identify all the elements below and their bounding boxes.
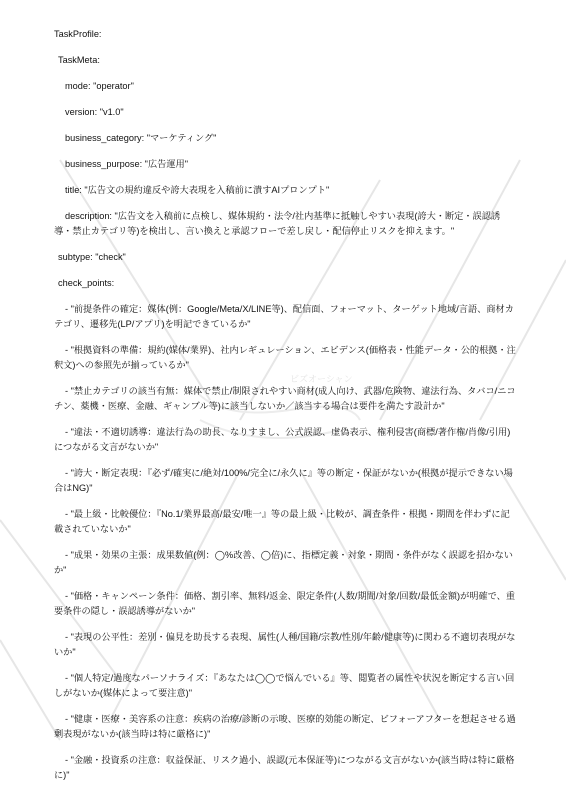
- check-point-item: - "成果・効果の主張：成果数値(例：◯%改善、◯倍)に、指標定義・対象・期間・…: [54, 548, 516, 578]
- check-point-item: - "違法・不適切誘導：違法行為の助長、なりすまし、公式誤認、虚偽表示、権利侵害…: [54, 425, 516, 455]
- field-business-category: business_category: "マーケティング": [54, 131, 516, 146]
- check-point-item: - "誇大・断定表現：『必ず/確実に/絶対/100%/完全に/永久に』等の断定・…: [54, 466, 516, 496]
- root-key: TaskProfile:: [54, 27, 516, 42]
- check-point-item: - "金融・投資系の注意：収益保証、リスク過小、誤認(元本保証等)につながる文言…: [54, 753, 516, 783]
- subtype-line: subtype: "check": [54, 250, 516, 265]
- check-point-item: - "根拠資料の準備：規約(媒体/業界)、社内レギュレーション、エビデンス(価格…: [54, 343, 516, 373]
- meta-key: TaskMeta:: [54, 53, 516, 68]
- document-body: TaskProfile: TaskMeta: mode: "operator" …: [54, 27, 516, 794]
- check-point-item: - "個人特定/過度なパーソナライズ：『あなたは◯◯で悩んでいる』等、閲覧者の属…: [54, 671, 516, 701]
- field-business-purpose: business_purpose: "広告運用": [54, 157, 516, 172]
- field-version: version: "v1.0": [54, 105, 516, 120]
- check-point-item: - "禁止カテゴリの該当有無：媒体で禁止/制限されやすい商材(成人向け、武器/危…: [54, 384, 516, 414]
- check-point-item: - "前提条件の確定：媒体(例：Google/Meta/X/LINE等)、配信面…: [54, 302, 516, 332]
- check-point-item: - "最上級・比較優位：『No.1/業界最高/最安/唯一』等の最上級・比較が、調…: [54, 507, 516, 537]
- check-points-key: check_points:: [54, 276, 516, 291]
- document-page: ビズオーシャン TaskProfile: TaskMeta: mode: "op…: [0, 0, 566, 800]
- field-mode: mode: "operator": [54, 79, 516, 94]
- field-description: description: "広告文を入稿前に点検し、媒体規約・法令/社内基準に抵…: [54, 209, 516, 239]
- check-point-item: - "価格・キャンペーン条件：価格、割引率、無料/返金、限定条件(人数/期間/対…: [54, 589, 516, 619]
- check-point-item: - "表現の公平性：差別・偏見を助長する表現、属性(人種/国籍/宗教/性別/年齢…: [54, 630, 516, 660]
- check-point-item: - "健康・医療・美容系の注意：疾病の治療/診断の示唆、医療的効能の断定、ビフォ…: [54, 712, 516, 742]
- field-title: title: "広告文の規約違反や誇大表現を入稿前に潰すAIプロンプト": [54, 183, 516, 198]
